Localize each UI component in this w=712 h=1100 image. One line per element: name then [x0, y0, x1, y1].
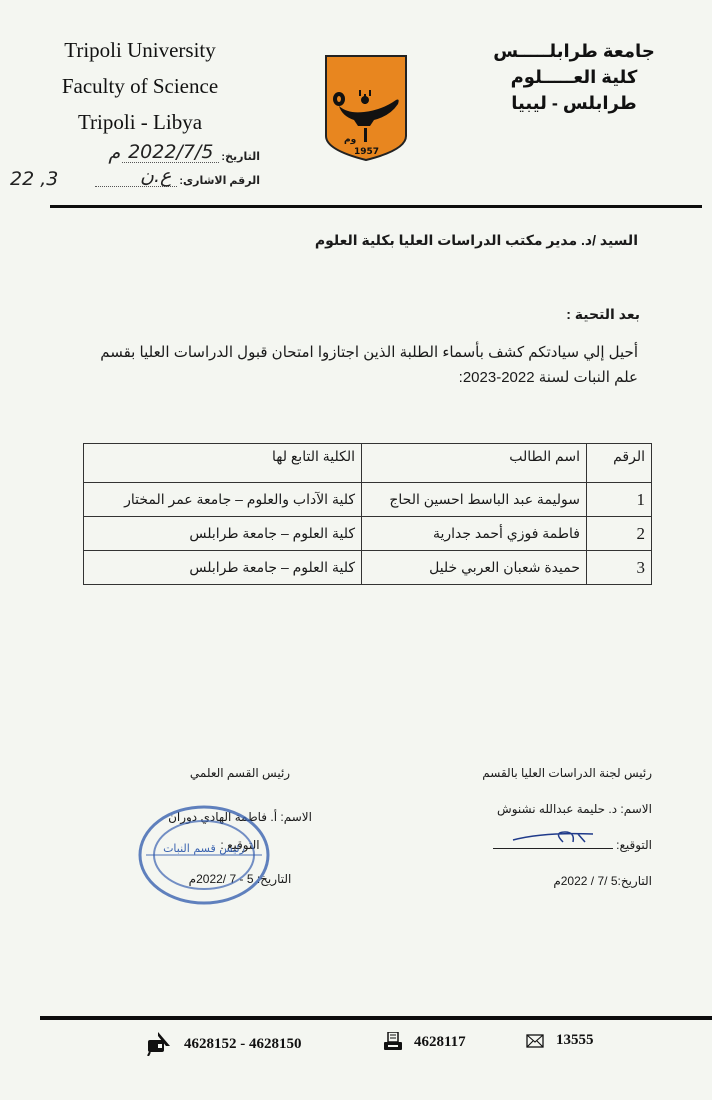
svg-text:1957: 1957 — [354, 147, 379, 157]
location-en: Tripoli - Libya — [40, 104, 240, 140]
row-faculty: كلية الآداب والعلوم – جامعة عمر المختار — [84, 483, 362, 517]
table-row: 2 فاطمة فوزي أحمد جدارية كلية العلوم – ج… — [84, 517, 652, 551]
row-faculty: كلية العلوم – جامعة طرابلس — [84, 551, 362, 585]
envelope-icon — [526, 1034, 544, 1048]
reference-handwritten-number: 22 ,3 — [10, 168, 58, 190]
faculty-name-en: Faculty of Science — [40, 68, 240, 104]
students-table: الرقم اسم الطالب الكلية التابع لها 1 سول… — [83, 443, 652, 585]
header-student-name: اسم الطالب — [362, 444, 587, 483]
fax-icon — [384, 1032, 402, 1052]
stamp-seal-icon: رئيس قسم النبات — [136, 800, 272, 910]
committee-title: رئيس لجنة الدراسات العليا بالقسم — [432, 766, 652, 780]
english-letterhead: Tripoli University Faculty of Science Tr… — [40, 32, 240, 140]
letter-body: أحيل إلي سيادتكم كشف بأسماء الطلبة الذين… — [78, 340, 638, 390]
university-name-en: Tripoli University — [40, 32, 240, 68]
fax-number: 4628117 — [414, 1034, 466, 1051]
department-title: رئيس القسم العلمي — [140, 766, 340, 780]
committee-signature-row: التوقيع: — [432, 838, 652, 852]
reference-label: الرقم الاشارى: — [179, 174, 260, 187]
row-student-name: سوليمة عبد الباسط احسين الحاج — [362, 483, 587, 517]
university-name-ar: جامعة طرابلـــــس — [474, 38, 674, 64]
row-number: 1 — [587, 483, 652, 517]
svg-text:وم: وم — [344, 135, 356, 145]
row-student-name: حميدة شعبان العربي خليل — [362, 551, 587, 585]
po-box-number: 13555 — [556, 1032, 594, 1049]
row-faculty: كلية العلوم – جامعة طرابلس — [84, 517, 362, 551]
oil-lamp-emblem-icon: وم 1957 — [324, 54, 408, 162]
reference-row: الرقم الاشارى: ع.ن — [95, 166, 260, 187]
date-reference-block: التاريخ: 2022/7/5 م الرقم الاشارى: ع.ن 2… — [10, 142, 260, 192]
footer-divider — [40, 1016, 712, 1020]
date-value: 2022/7/5 — [122, 142, 219, 163]
date-row: التاريخ: 2022/7/5 م — [108, 142, 260, 163]
reference-value: ع.ن — [95, 166, 177, 187]
addressee: السيد /د. مدير مكتب الدراسات العليا بكلي… — [315, 232, 638, 249]
arabic-letterhead: جامعة طرابلـــــس كلية العـــــلوم طرابل… — [474, 38, 674, 116]
table-row: 3 حميدة شعبان العربي خليل كلية العلوم – … — [84, 551, 652, 585]
row-number: 3 — [587, 551, 652, 585]
date-suffix: م — [108, 143, 120, 163]
official-stamp: رئيس قسم النبات — [136, 800, 272, 910]
committee-date: التاريخ:5 /7 / 2022م — [432, 874, 652, 888]
committee-signature-line — [493, 838, 613, 849]
faculty-name-ar: كلية العـــــلوم — [474, 64, 674, 90]
phone-numbers: 4628152 - 4628150 — [184, 1036, 302, 1053]
po-box-contact: 13555 — [526, 1032, 594, 1049]
row-student-name: فاطمة فوزي أحمد جدارية — [362, 517, 587, 551]
handwritten-signature-icon — [493, 828, 613, 848]
table-row: 1 سوليمة عبد الباسط احسين الحاج كلية الآ… — [84, 483, 652, 517]
committee-signature-block: رئيس لجنة الدراسات العليا بالقسم الاسم: … — [432, 766, 652, 910]
greeting: بعد التحية : — [566, 306, 640, 323]
row-number: 2 — [587, 517, 652, 551]
header-divider — [50, 205, 702, 208]
phone-contact: 4628152 - 4628150 — [146, 1032, 302, 1056]
committee-name: الاسم: د. حليمة عبدالله نشنوش — [432, 802, 652, 816]
table-header-row: الرقم اسم الطالب الكلية التابع لها — [84, 444, 652, 483]
date-label: التاريخ: — [221, 150, 260, 163]
location-ar: طرابلس - ليبيا — [474, 90, 674, 116]
fax-contact: 4628117 — [384, 1032, 466, 1052]
committee-signature-label: التوقيع: — [616, 838, 652, 852]
contact-footer: 4628152 - 4628150 4628117 13555 — [0, 1032, 712, 1062]
telephone-icon — [146, 1032, 172, 1056]
header-faculty: الكلية التابع لها — [84, 444, 362, 483]
university-logo: وم 1957 — [324, 54, 408, 162]
svg-text:رئيس قسم النبات: رئيس قسم النبات — [163, 842, 245, 855]
header-number: الرقم — [587, 444, 652, 483]
